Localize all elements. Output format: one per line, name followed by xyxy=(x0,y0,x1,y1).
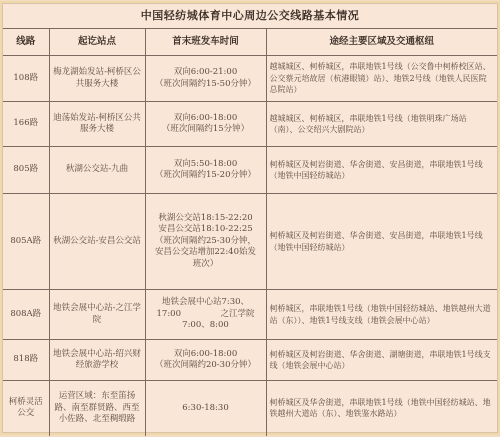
route-stops: 秋湖公交站-九曲 xyxy=(49,147,145,194)
route-via: 越城城区、柯桥城区，串联地铁1号线（地铁明珠广场站（南）、公交绍兴大剧院站） xyxy=(266,102,497,147)
route-line: 818路 xyxy=(3,340,49,381)
time-line: 安昌公交站增加22:40始发 xyxy=(149,247,263,259)
time-line: 17:00 之江学院 xyxy=(149,309,263,321)
time-line: 班次） xyxy=(149,259,263,271)
header-line: 线路 xyxy=(3,29,49,56)
time-line: （班次间隔约15-50分钟） xyxy=(149,79,263,91)
time-line: （班次间隔约25-30分钟， xyxy=(149,236,263,248)
time-line: 双向6:00-18:00 xyxy=(149,349,263,361)
route-line: 166路 xyxy=(3,102,49,147)
route-times: 双向5:50-18:00 （班次间隔约15-20分钟） xyxy=(145,147,266,194)
route-times: 双向6:00-18:00 （班次间隔约20-30分钟） xyxy=(145,340,266,381)
route-stops: 梅龙湖始发站-柯桥区公共服务大楼 xyxy=(49,56,145,102)
time-line: （班次间隔约15-20分钟） xyxy=(149,170,263,182)
header-stops: 起讫站点 xyxy=(49,29,145,56)
time-line: （班次间隔约15分钟） xyxy=(149,124,263,136)
table-row: 808A路 地铁会展中心站-之江学院 地铁会展中心站7:30、 17:00 之江… xyxy=(3,290,497,340)
table-row: 818路 地铁会展中心站-绍兴财经旅游学校 双向6:00-18:00 （班次间隔… xyxy=(3,340,497,381)
table-row: 166路 迪荡始发站-柯桥区公共服务大楼 双向6:00-18:00 （班次间隔约… xyxy=(3,102,497,147)
header-times: 首末班发车时间 xyxy=(145,29,266,56)
route-via: 柯桥城区及柯岩街道、华舍街道、安昌街道，串联地铁1号线（地铁中国轻纺城站） xyxy=(266,194,497,290)
time-line: 6:30-18:30 xyxy=(149,403,263,415)
route-via: 柯桥城区，串联地铁1号线（地铁中国轻纺城站、地铁越州大道站（东））、地铁1号线支… xyxy=(266,290,497,340)
time-right: 之江学院 xyxy=(220,309,254,321)
route-line: 808A路 xyxy=(3,290,49,340)
table-row: 108路 梅龙湖始发站-柯桥区公共服务大楼 双向6:00-21:00 （班次间隔… xyxy=(3,56,497,102)
route-stops: 秋湖公交站-安昌公交站 xyxy=(49,194,145,290)
route-via: 柯桥城区及柯岩街道、华舍街道、安昌街道，串联地铁1号线（地铁中国轻纺城站） xyxy=(266,147,497,194)
route-times: 6:30-18:30 xyxy=(145,381,266,436)
header-via: 途经主要区域及交通枢纽 xyxy=(266,29,497,56)
route-stops: 运营区域：东至笛扬路、南至群贤路、西至小佐路、北至稠缎路 xyxy=(49,381,145,436)
route-stops: 地铁会展中心站-之江学院 xyxy=(49,290,145,340)
time-line: 秋湖公交站18:15-22:20 xyxy=(149,213,263,225)
route-stops: 迪荡始发站-柯桥区公共服务大楼 xyxy=(49,102,145,147)
time-line: 7:00、8:00 xyxy=(149,320,263,332)
bus-route-table: 中国轻纺城体育中心周边公交线路基本情况 线路 起讫站点 首末班发车时间 途经主要… xyxy=(3,4,497,436)
table-row: 805路 秋湖公交站-九曲 双向5:50-18:00 （班次间隔约15-20分钟… xyxy=(3,147,497,194)
route-via: 越城城区、柯桥城区，串联地铁1号线（公交鲁中柯桥校区站、公交蔡元培故居（杭港眼镜… xyxy=(266,56,497,102)
route-line: 805路 xyxy=(3,147,49,194)
table-row: 柯桥灵活公交 运营区域：东至笛扬路、南至群贤路、西至小佐路、北至稠缎路 6:30… xyxy=(3,381,497,436)
table-title: 中国轻纺城体育中心周边公交线路基本情况 xyxy=(3,4,497,29)
time-line: 双向6:00-18:00 xyxy=(149,113,263,125)
time-line: （班次间隔约20-30分钟） xyxy=(149,360,263,372)
route-stops: 地铁会展中心站-绍兴财经旅游学校 xyxy=(49,340,145,381)
route-times: 秋湖公交站18:15-22:20 安昌公交站18:10-22:25 （班次间隔约… xyxy=(145,194,266,290)
route-via: 柯桥城区及华舍街道，串联地铁1号线（地铁中国轻纺城站、地铁越州大道站（东）、地铁… xyxy=(266,381,497,436)
route-via: 柯桥城区及柯岩街道、华舍街道、湖塘街道，串联地铁1号线支线（地铁会展中心站） xyxy=(266,340,497,381)
time-line: 安昌公交站18:10-22:25 xyxy=(149,224,263,236)
route-times: 地铁会展中心站7:30、 17:00 之江学院 7:00、8:00 xyxy=(145,290,266,340)
bus-route-table-frame: 中国轻纺城体育中心周边公交线路基本情况 线路 起讫站点 首末班发车时间 途经主要… xyxy=(2,3,498,433)
route-line: 柯桥灵活公交 xyxy=(3,381,49,436)
time-line: 双向5:50-18:00 xyxy=(149,159,263,171)
route-line: 108路 xyxy=(3,56,49,102)
route-times: 双向6:00-21:00 （班次间隔约15-50分钟） xyxy=(145,56,266,102)
time-line: 地铁会展中心站7:30、 xyxy=(149,297,263,309)
time-left: 17:00 xyxy=(157,309,182,321)
time-line: 双向6:00-21:00 xyxy=(149,67,263,79)
table-row: 805A路 秋湖公交站-安昌公交站 秋湖公交站18:15-22:20 安昌公交站… xyxy=(3,194,497,290)
route-line: 805A路 xyxy=(3,194,49,290)
route-times: 双向6:00-18:00 （班次间隔约15分钟） xyxy=(145,102,266,147)
